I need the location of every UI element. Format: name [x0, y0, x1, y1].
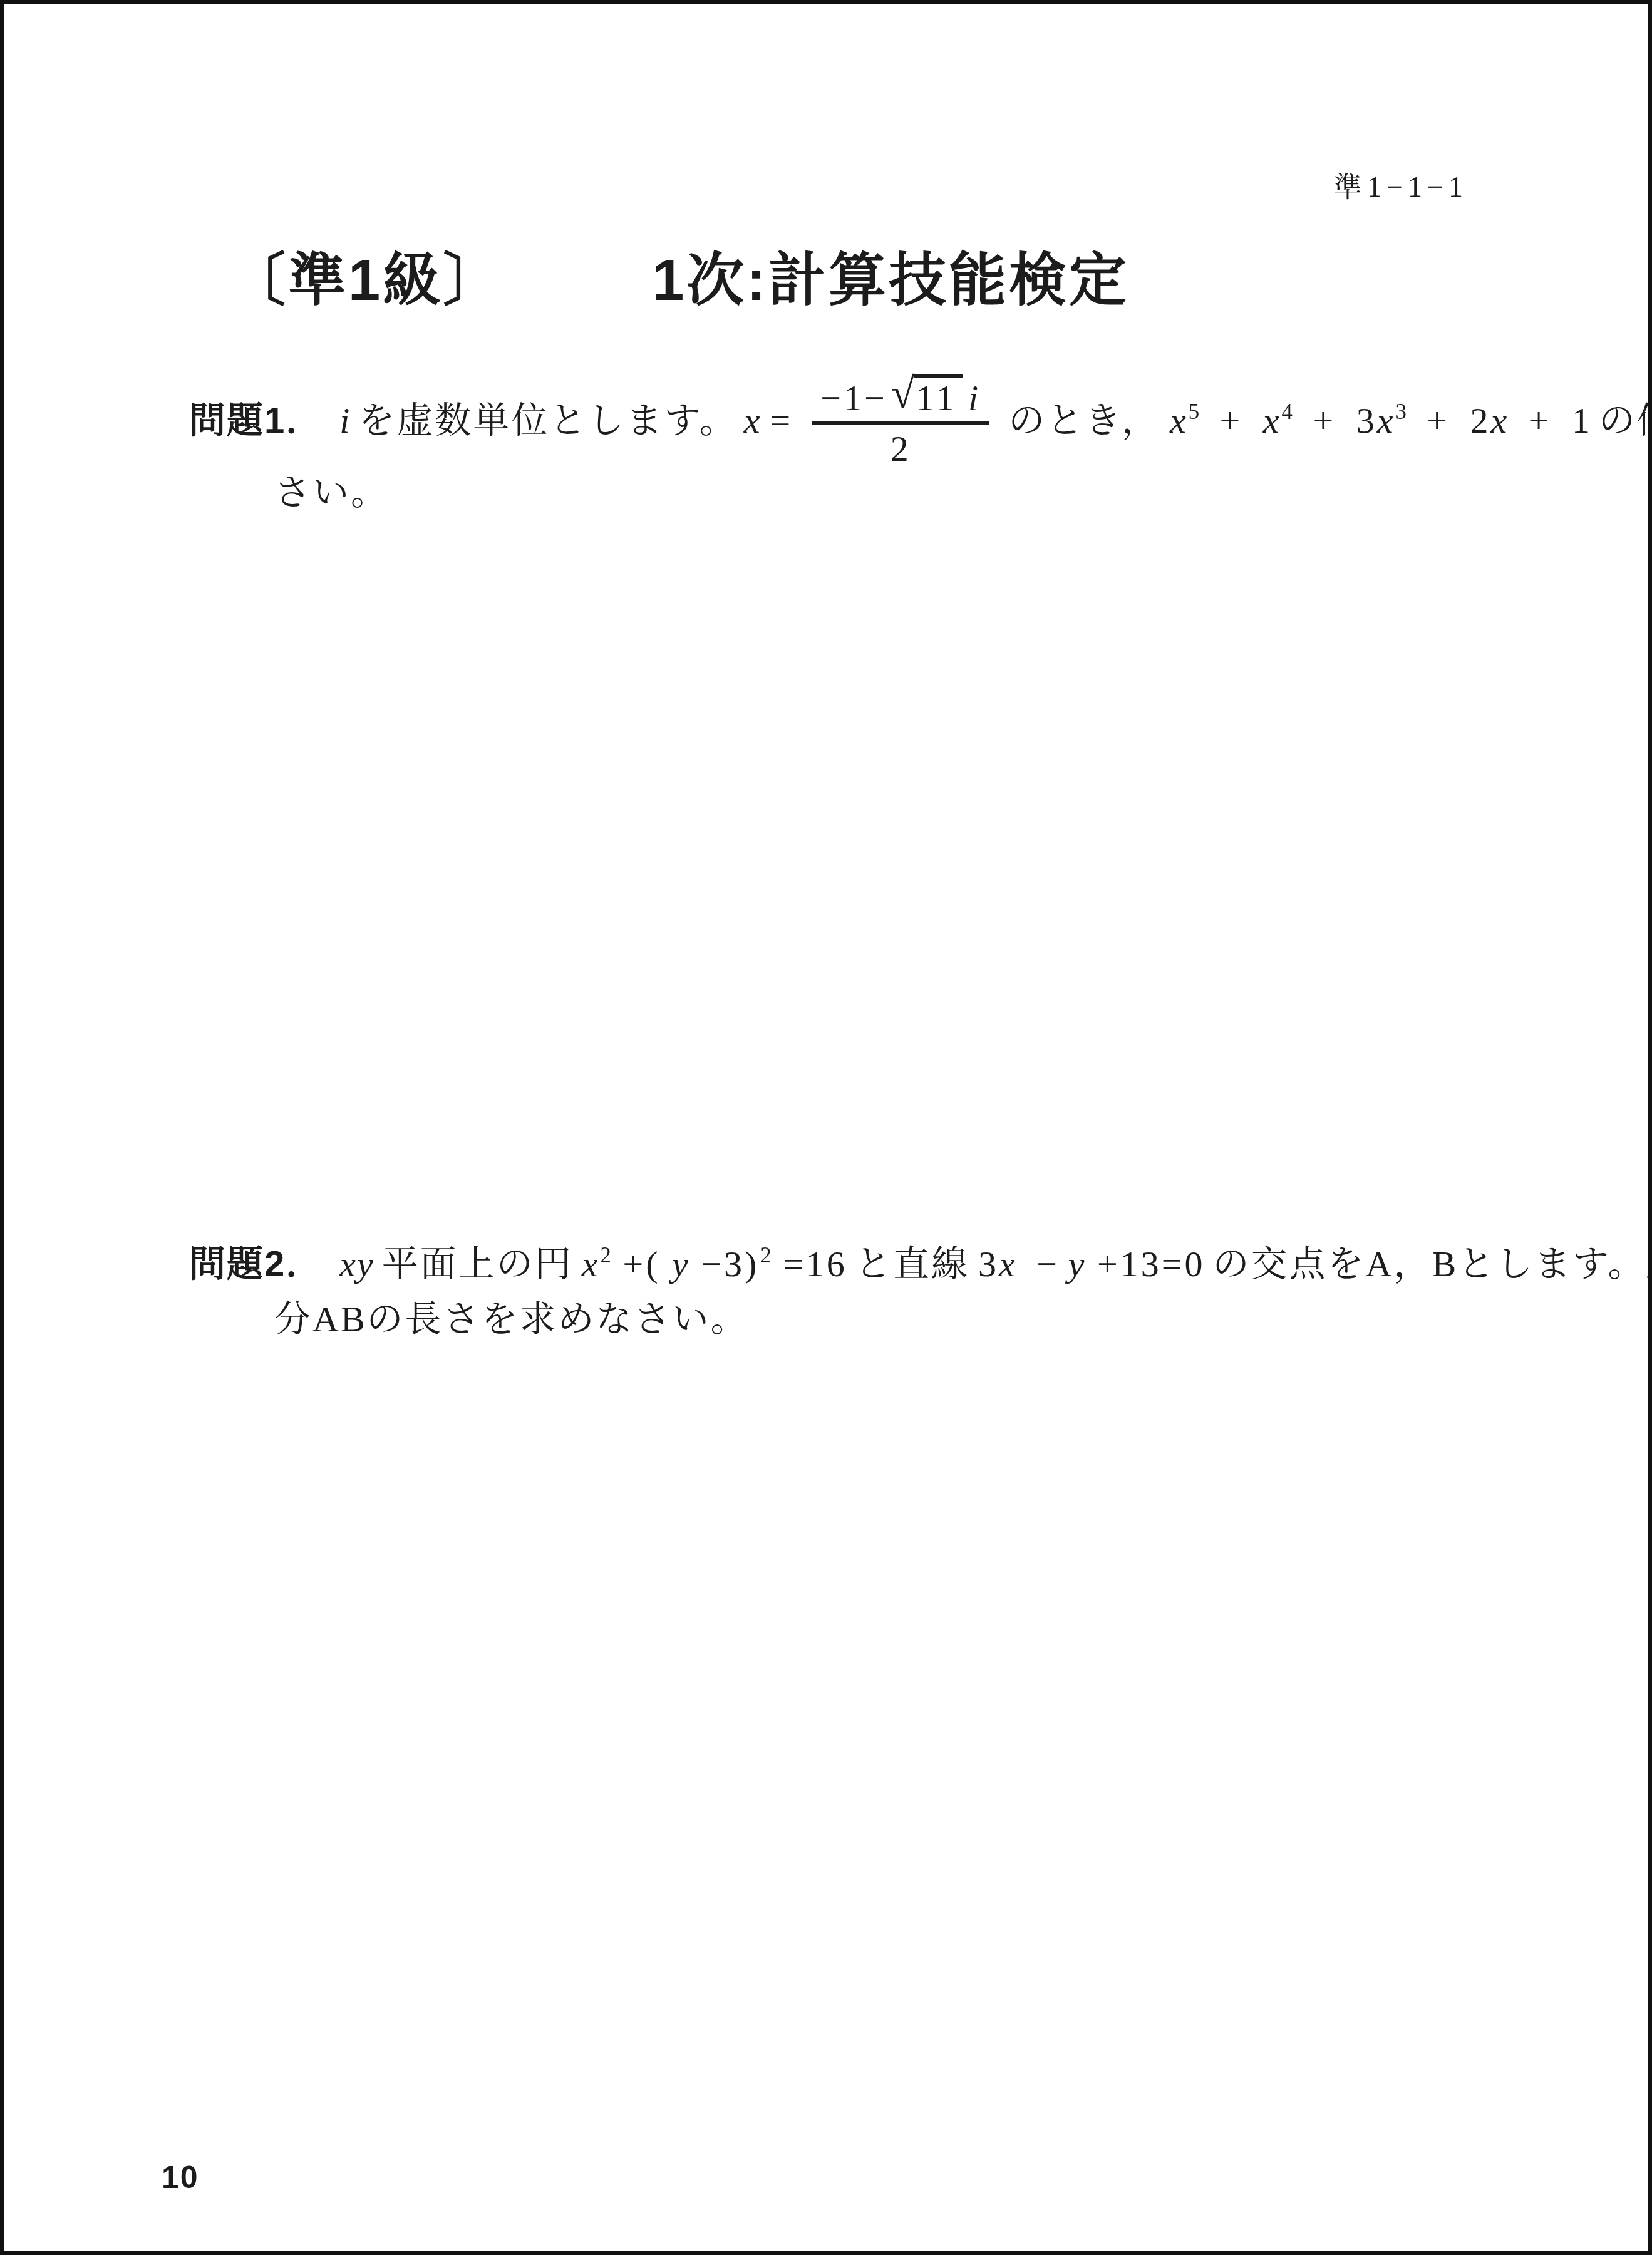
problem1-line1: 問題1． i を虚数単位とします。 x = −1− √ 11 i 2 のとき， …: [189, 379, 1652, 462]
problem2-label: 問題2．: [189, 1246, 323, 1282]
circle-paren-exponent: 2: [760, 1243, 771, 1267]
problem1-polynomial: x5 + x4 + 3x3 + 2x + 1: [1170, 403, 1593, 439]
poly-exponent: 4: [1282, 400, 1293, 424]
line-x: x: [999, 1244, 1016, 1284]
line-rest: +13=0: [1097, 1244, 1205, 1284]
problem2-line1: 問題2． xy 平面上の円 x2 +( y −3)2 =16 と直線 3x −y…: [189, 1242, 1652, 1286]
circle-x-exponent: 2: [601, 1243, 611, 1267]
poly-term: x: [1491, 400, 1509, 441]
poly-term: x: [1263, 400, 1281, 441]
poly-term: x: [1170, 400, 1187, 441]
poly-exponent: 3: [1395, 400, 1406, 424]
page-number: 10: [162, 2159, 199, 2196]
circle-minus3: −3): [701, 1244, 759, 1284]
fraction-denominator: 2: [812, 421, 989, 467]
title-grade: 〔準1級〕: [228, 250, 503, 311]
problem1-eq-sign: =: [770, 403, 793, 439]
problem1-after-fraction: のとき，: [1008, 403, 1160, 439]
problem2-text3: の交点をA，Bとします。線: [1213, 1246, 1652, 1282]
poly-term: x: [1377, 400, 1395, 441]
problem1-line2: さい。: [274, 475, 389, 511]
poly-operator: +: [1220, 400, 1243, 441]
corner-code: 準1−1−1: [1333, 164, 1468, 205]
problem1-fraction: −1− √ 11 i 2: [812, 374, 989, 467]
poly-coefficient: 2: [1470, 400, 1491, 441]
radicand: 11: [914, 374, 963, 416]
numerator-prefix: −1−: [820, 380, 887, 416]
radical: √ 11: [891, 374, 963, 416]
problem2-line2: 分ABの長さを求めなさい。: [274, 1301, 749, 1338]
title-exam-name: 1次:計算技能検定: [652, 250, 1129, 311]
poly-operator: +: [1313, 400, 1336, 441]
problem2-circle-equation: x2 +( y −3)2 =16: [582, 1246, 847, 1282]
line-coefficient: 3: [978, 1244, 999, 1284]
problem2-plane-vars: xy: [339, 1246, 374, 1282]
problem1-intro-text: を虚数単位とします。: [358, 403, 737, 439]
circle-mid: +(: [622, 1244, 660, 1284]
problem2-text1: 平面上の円: [382, 1246, 573, 1282]
circle-equals: =16: [783, 1244, 847, 1284]
numerator-imaginary-unit: i: [968, 380, 981, 416]
exam-page: 準1−1−1 〔準1級〕 1次:計算技能検定 問題1． i を虚数単位とします。…: [0, 0, 1652, 2255]
problem2-text2: と直線: [855, 1246, 969, 1282]
line-y: y: [1068, 1244, 1086, 1284]
poly-constant: 1: [1572, 400, 1593, 441]
problem2-line-equation: 3x −y +13=0: [978, 1246, 1205, 1282]
poly-operator: +: [1529, 400, 1552, 441]
problem1-eq-var: x: [744, 403, 761, 439]
page-title: 〔準1級〕 1次:計算技能検定: [228, 250, 1129, 311]
problem1-label: 問題1．: [189, 403, 323, 439]
circle-y: y: [672, 1244, 689, 1284]
circle-x: x: [582, 1244, 599, 1284]
poly-operator: +: [1427, 400, 1450, 441]
problem1-intro-var: i: [339, 403, 351, 439]
poly-coefficient: 3: [1356, 400, 1377, 441]
radical-sign-glyph: √: [891, 376, 917, 411]
line-minus: −: [1036, 1244, 1060, 1284]
fraction-numerator: −1− √ 11 i: [812, 374, 989, 421]
poly-exponent: 5: [1189, 400, 1199, 424]
problem1-outro-text: の値を求めな: [1599, 403, 1652, 439]
